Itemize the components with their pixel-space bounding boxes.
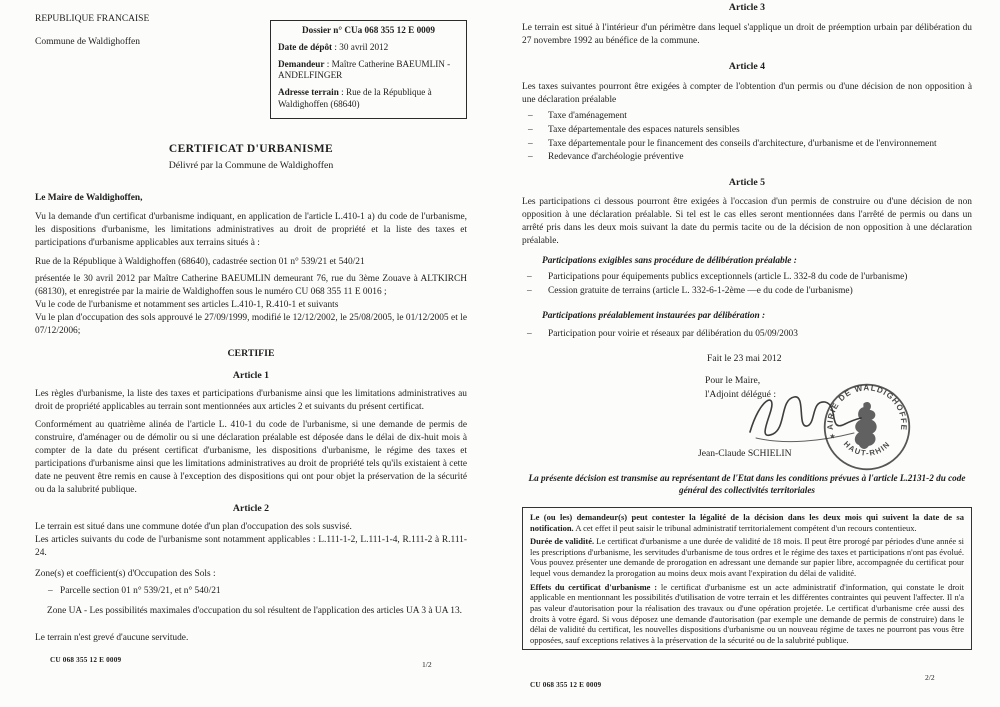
dossier-number: Dossier n° CUa 068 355 12 E 0009	[278, 25, 459, 37]
presentee-paragraph: présentée le 30 avril 2012 par Maître Ca…	[35, 273, 467, 299]
article5-heading: Article 5	[522, 177, 972, 188]
signature-area: Pour le Maire, l'Adjoint délégué : MAIRI…	[522, 374, 972, 470]
vu-demande-paragraph: Vu la demande d'un certificat d'urbanism…	[35, 211, 467, 250]
info-effects-paragraph: Effets du certificat d'urbanisme : le ce…	[530, 582, 964, 646]
issuer-block: REPUBLIQUE FRANCAISE Commune de Waldigho…	[35, 0, 149, 47]
dossier-adresse-row: Adresse terrain : Rue de la République à…	[278, 87, 459, 111]
dossier-box: Dossier n° CUa 068 355 12 E 0009 Date de…	[270, 20, 467, 119]
stamp-star: ★	[829, 431, 835, 440]
certifie-heading: CERTIFIE	[35, 348, 467, 359]
depot-value: : 30 avril 2012	[332, 42, 388, 52]
page1-footer-page-number: 1/2	[422, 660, 432, 669]
participations-exigibles-heading: Participations exigibles sans procédure …	[542, 256, 972, 266]
tax-item: –Taxe départementale des espaces naturel…	[522, 125, 972, 137]
dash: –	[528, 111, 533, 123]
tax-list: –Taxe d'aménagement –Taxe départementale…	[522, 111, 972, 164]
tax-item-text: Taxe départementale pour le financement …	[548, 139, 937, 149]
participation-item: –Participation pour voirie et réseaux pa…	[522, 329, 972, 341]
parcelle-item: –Parcelle section 01 n° 539/21, et n° 54…	[35, 586, 467, 598]
info-validity-paragraph: Durée de validité. Le certificat d'urban…	[530, 536, 964, 579]
info-effects-lead: Effets du certificat d'urbanisme :	[530, 582, 657, 592]
depot-label: Date de dépôt	[278, 42, 332, 52]
terrain-address-line: Rue de la République à Waldighoffen (686…	[35, 256, 467, 269]
zones-heading: Zone(s) et coefficient(s) d'Occupation d…	[35, 568, 467, 581]
certificate-page-1: REPUBLIQUE FRANCAISE Commune de Waldigho…	[0, 0, 500, 707]
commune-line: Commune de Waldighoffen	[35, 37, 149, 47]
article2-paragraph-1: Le terrain est situé dans une commune do…	[35, 521, 467, 534]
article3-paragraph: Le terrain est situé à l'intérieur d'un …	[522, 22, 972, 48]
republique-line: REPUBLIQUE FRANCAISE	[35, 14, 149, 24]
certificate-subtitle: Délivré par la Commune de Waldighoffen	[35, 160, 467, 171]
participation-item-text: Participations pour équipements publics …	[548, 272, 907, 282]
participation-item: –Cession gratuite de terrains (article L…	[522, 286, 972, 298]
article1-paragraph-2: Conformément au quatrième alinéa de l'ar…	[35, 419, 467, 497]
mairie-official-stamp: MAIRIE DE WALDIGHOFFEN HAUT-RHIN ★	[822, 382, 912, 472]
dash: –	[527, 286, 532, 298]
transmission-note: La présente décision est transmise au re…	[522, 472, 972, 496]
legal-info-box: Le (ou les) demandeur(s) peut contester …	[522, 507, 972, 651]
adresse-label: Adresse terrain	[278, 87, 339, 97]
info-contest-paragraph: Le (ou les) demandeur(s) peut contester …	[530, 512, 964, 533]
tax-item-text: Redevance d'archéologie préventive	[548, 152, 683, 162]
participations-instaurees-heading: Participations préalablement instaurées …	[542, 311, 972, 321]
article3-heading: Article 3	[522, 2, 972, 13]
info-validity-lead: Durée de validité.	[530, 536, 594, 546]
dossier-depot-row: Date de dépôt : 30 avril 2012	[278, 42, 459, 54]
article4-paragraph: Les taxes suivantes pourront être exigée…	[522, 81, 972, 107]
vu-plan-paragraph: Vu le plan d'occupation des sols approuv…	[35, 312, 467, 338]
page2-footer-reference: CU 068 355 12 E 0009	[530, 681, 601, 689]
dossier-demandeur-row: Demandeur : Maître Catherine BAEUMLIN - …	[278, 59, 459, 83]
maire-heading: Le Maire de Waldighoffen,	[35, 192, 467, 205]
tax-item: –Taxe d'aménagement	[522, 111, 972, 123]
demandeur-label: Demandeur	[278, 59, 324, 69]
certificate-page-2: Article 3 Le terrain est situé à l'intér…	[500, 0, 1000, 707]
stamp-coat-of-arms	[855, 402, 877, 449]
participations-exigibles-list: –Participations pour équipements publics…	[522, 272, 972, 298]
page1-footer-reference: CU 068 355 12 E 0009	[50, 656, 121, 664]
servitude-line: Le terrain n'est grevé d'aucune servitud…	[35, 632, 467, 645]
dash: –	[48, 586, 53, 598]
dash: –	[528, 139, 533, 151]
parcelle-item-text: Parcelle section 01 n° 539/21, et n° 540…	[60, 586, 221, 596]
tax-item: –Taxe départementale pour le financement…	[522, 139, 972, 151]
article5-paragraph: Les participations ci dessous pourront ê…	[522, 196, 972, 248]
participation-item: –Participations pour équipements publics…	[522, 272, 972, 284]
tax-item-text: Taxe départementale des espaces naturels…	[548, 125, 740, 135]
dash: –	[528, 125, 533, 137]
info-contest-rest: A cet effet il peut saisir le tribunal a…	[574, 523, 917, 533]
page1-header: REPUBLIQUE FRANCAISE Commune de Waldigho…	[35, 0, 467, 119]
certificate-title: CERTIFICAT D'URBANISME	[35, 143, 467, 155]
page2-footer-page-number: 2/2	[925, 673, 935, 682]
participation-item-text: Cession gratuite de terrains (article L.…	[548, 286, 853, 296]
dash: –	[527, 329, 532, 341]
zone-ua-line: Zone UA - Les possibilités maximales d'o…	[47, 605, 467, 618]
tax-item-text: Taxe d'aménagement	[548, 111, 627, 121]
article2-heading: Article 2	[35, 503, 467, 514]
dash: –	[527, 272, 532, 284]
article4-heading: Article 4	[522, 61, 972, 72]
article1-heading: Article 1	[35, 370, 467, 381]
info-validity-rest: Le certificat d'urbanisme a une durée de…	[530, 536, 964, 578]
tax-item: –Redevance d'archéologie préventive	[522, 152, 972, 164]
participation-item-text: Participation pour voirie et réseaux par…	[548, 329, 798, 339]
vu-code-line: Vu le code de l'urbanisme et notamment s…	[35, 299, 467, 312]
article2-paragraph-2: Les articles suivants du code de l'urban…	[35, 534, 467, 560]
date-of-issue-line: Fait le 23 mai 2012	[707, 353, 972, 364]
pour-le-maire-line: Pour le Maire,	[705, 374, 776, 388]
dash: –	[528, 152, 533, 164]
signer-name: Jean-Claude SCHIELIN	[698, 448, 792, 459]
article1-paragraph-1: Les règles d'urbanisme, la liste des tax…	[35, 388, 467, 414]
